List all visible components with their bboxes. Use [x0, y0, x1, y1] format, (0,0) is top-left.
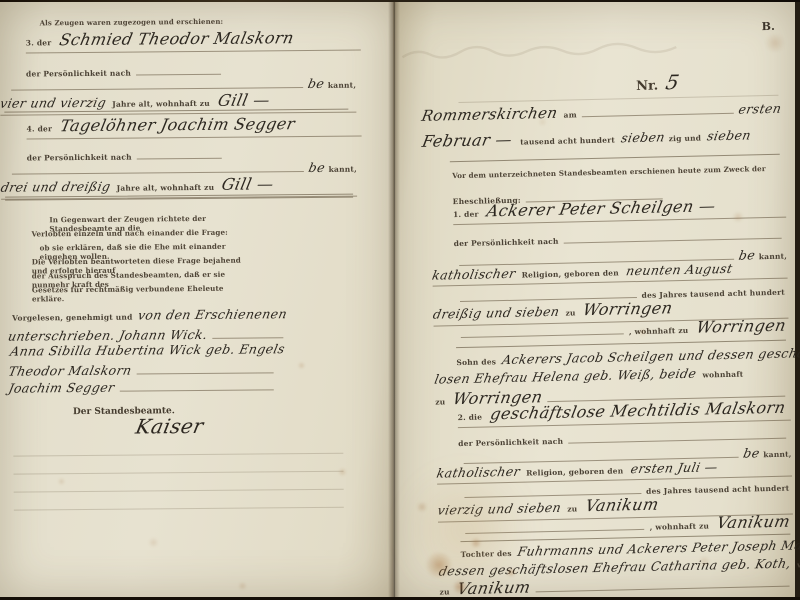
blank-line: [582, 99, 735, 118]
bride-number: 2. die: [458, 413, 483, 423]
groom-name-handwritten: Ackerer Peter Scheilgen —: [485, 196, 717, 220]
witness3-name-row: 3. der Schmied Theodor Malskorn: [26, 28, 361, 54]
groom-birthdate-handwritten: neunten August: [625, 261, 734, 278]
blank-line: [137, 358, 274, 375]
dateline-zig-printed: zig und: [669, 134, 702, 144]
witnesses-header: Als Zeugen waren zugezogen und erschiene…: [40, 17, 224, 28]
signature-row-3: Joachim Segger: [9, 375, 279, 396]
bride-residence-handwritten: Vanikum: [715, 512, 792, 533]
dateline-year-printed: tausend acht hundert: [520, 135, 615, 146]
record-number-row: Nr. 5: [636, 70, 680, 95]
groom-zu-printed: zu: [565, 308, 575, 317]
witness3-name-handwritten: Schmied Theodor Malskorn: [57, 28, 295, 49]
appearance-intro-line: Vor dem unterzeichneten Standesbeamten e…: [452, 164, 782, 180]
dateline-month-handwritten: Februar —: [421, 130, 514, 151]
blank-line: [12, 157, 304, 175]
closing-row-1: Vorgelesen, genehmigt und von den Erschi…: [12, 306, 287, 323]
witness4-name-handwritten: Tagelöhner Joachim Segger: [58, 114, 296, 135]
groom-identity-label: der Persönlichkeit nach: [454, 237, 559, 248]
signature-bride-previous: Anna Sibilla Hubertina Wick geb. Engels: [9, 341, 287, 358]
bride-birthplace-handwritten: Vanikum: [584, 495, 661, 516]
bride-religion-printed: Religion, geboren den: [526, 466, 623, 477]
blank-line: [460, 319, 623, 338]
witnesses-header-text: Als Zeugen waren zugezogen und erschiene…: [40, 17, 224, 28]
bride-parents-place-handwritten: Vanikum: [456, 578, 533, 599]
declaration-line-2: Verlobten einzeln und nach einander die …: [31, 228, 251, 239]
register-page-right: B. Nr. 5 Rommerskirchen am ersten Februa…: [393, 2, 795, 597]
registrar-signature-row: Kaiser: [136, 414, 204, 439]
blank-ruled-line: [14, 471, 344, 475]
witness4-age-printed: Jahre alt, wohnhaft zu: [117, 183, 215, 193]
groom-parents-zu-printed: zu: [435, 398, 445, 407]
groom-religion-handwritten: katholischer: [431, 266, 517, 283]
groom-residence-handwritten: Worringen: [695, 316, 788, 337]
witness4-number: 4. der: [26, 124, 52, 133]
blank-ruled-line: [14, 489, 344, 493]
separator-rule: [450, 154, 780, 162]
record-number-value: 5: [664, 70, 682, 94]
bride-birthyear-handwritten: vierzig und sieben: [436, 500, 562, 518]
dateline-day-handwritten: ersten: [738, 101, 784, 117]
witness3-age-printed: Jahre alt, wohnhaft zu: [112, 99, 210, 109]
bride-religion-handwritten: katholischer: [435, 464, 521, 481]
register-page-left: Als Zeugen waren zugezogen und erschiene…: [0, 2, 393, 597]
blank-line: [465, 515, 645, 534]
dateline-year-row: Februar — tausend acht hundert sieben zi…: [422, 124, 782, 151]
form-letter-b: B.: [762, 20, 775, 33]
bride-zu-printed: zu: [567, 504, 577, 513]
photographed-register-spread: { "page_left": { "header": "Als Zeugen w…: [0, 0, 800, 600]
blank-line: [119, 375, 273, 392]
bleedthrough-writing: [397, 34, 728, 67]
bride-birthdate-handwritten: ersten Juli —: [630, 459, 720, 476]
witness3-number: 3. der: [26, 38, 52, 47]
signature-row-1: Anna Sibilla Hubertina Wick geb. Engels: [10, 341, 285, 358]
closing-printed: Vorgelesen, genehmigt und: [12, 313, 132, 323]
blank-ruled-line: [14, 507, 344, 511]
blank-line: [563, 224, 781, 244]
declaration-line-6: Gesetzes für rechtmäßig verbundene Ehele…: [32, 283, 256, 303]
blank-line: [212, 323, 283, 339]
witness4-residence-handwritten: Gill —: [220, 174, 275, 193]
dateline-unit-handwritten: sieben: [706, 127, 753, 143]
groom-parents-printed: Sohn des: [456, 357, 496, 367]
closing-handwritten-1: von den Erschienenen: [137, 306, 289, 322]
registrar-signature: Kaiser: [134, 414, 206, 439]
groom-birthyear-handwritten: dreißig und sieben: [432, 304, 561, 322]
dateline-place-handwritten: Rommerskirchen: [420, 104, 559, 125]
witness3-age-handwritten: vier und vierzig: [0, 95, 108, 111]
book-gutter: [388, 0, 400, 600]
witness3-residence-handwritten: Gill —: [216, 90, 271, 109]
groom-parents-handwritten-2: losen Ehefrau Helena geb. Weiß, beide: [433, 366, 697, 387]
dateline-am-printed: am: [563, 111, 576, 120]
signature-witness-segger: Joachim Segger: [7, 380, 116, 396]
bride-wohnhaft-printed: , wohnhaft zu: [650, 522, 710, 532]
blank-ruled-line: [13, 453, 343, 457]
dateline-decade-handwritten: sieben: [620, 129, 667, 145]
photo-edge-top: [0, 0, 800, 2]
witness4-name-row: 4. der Tagelöhner Joachim Segger: [26, 114, 361, 140]
form-letter-corner: B.: [762, 20, 775, 33]
groom-religion-printed: Religion, geboren den: [522, 268, 619, 279]
groom-wohnhaft-printed: , wohnhaft zu: [629, 326, 689, 336]
bride-parents-zu-printed: zu: [440, 588, 450, 597]
groom-number: 1. der: [453, 210, 479, 220]
witness4-age-handwritten: drei und dreißig: [0, 179, 112, 195]
record-number-label: Nr.: [636, 78, 658, 93]
blank-line: [11, 73, 303, 91]
groom-parents-wohnhaft-printed: wohnhaft: [702, 370, 743, 380]
bride-parents-printed: Tochter des: [461, 549, 512, 559]
groom-birthplace-handwritten: Worringen: [582, 298, 675, 319]
blank-line: [568, 424, 786, 444]
